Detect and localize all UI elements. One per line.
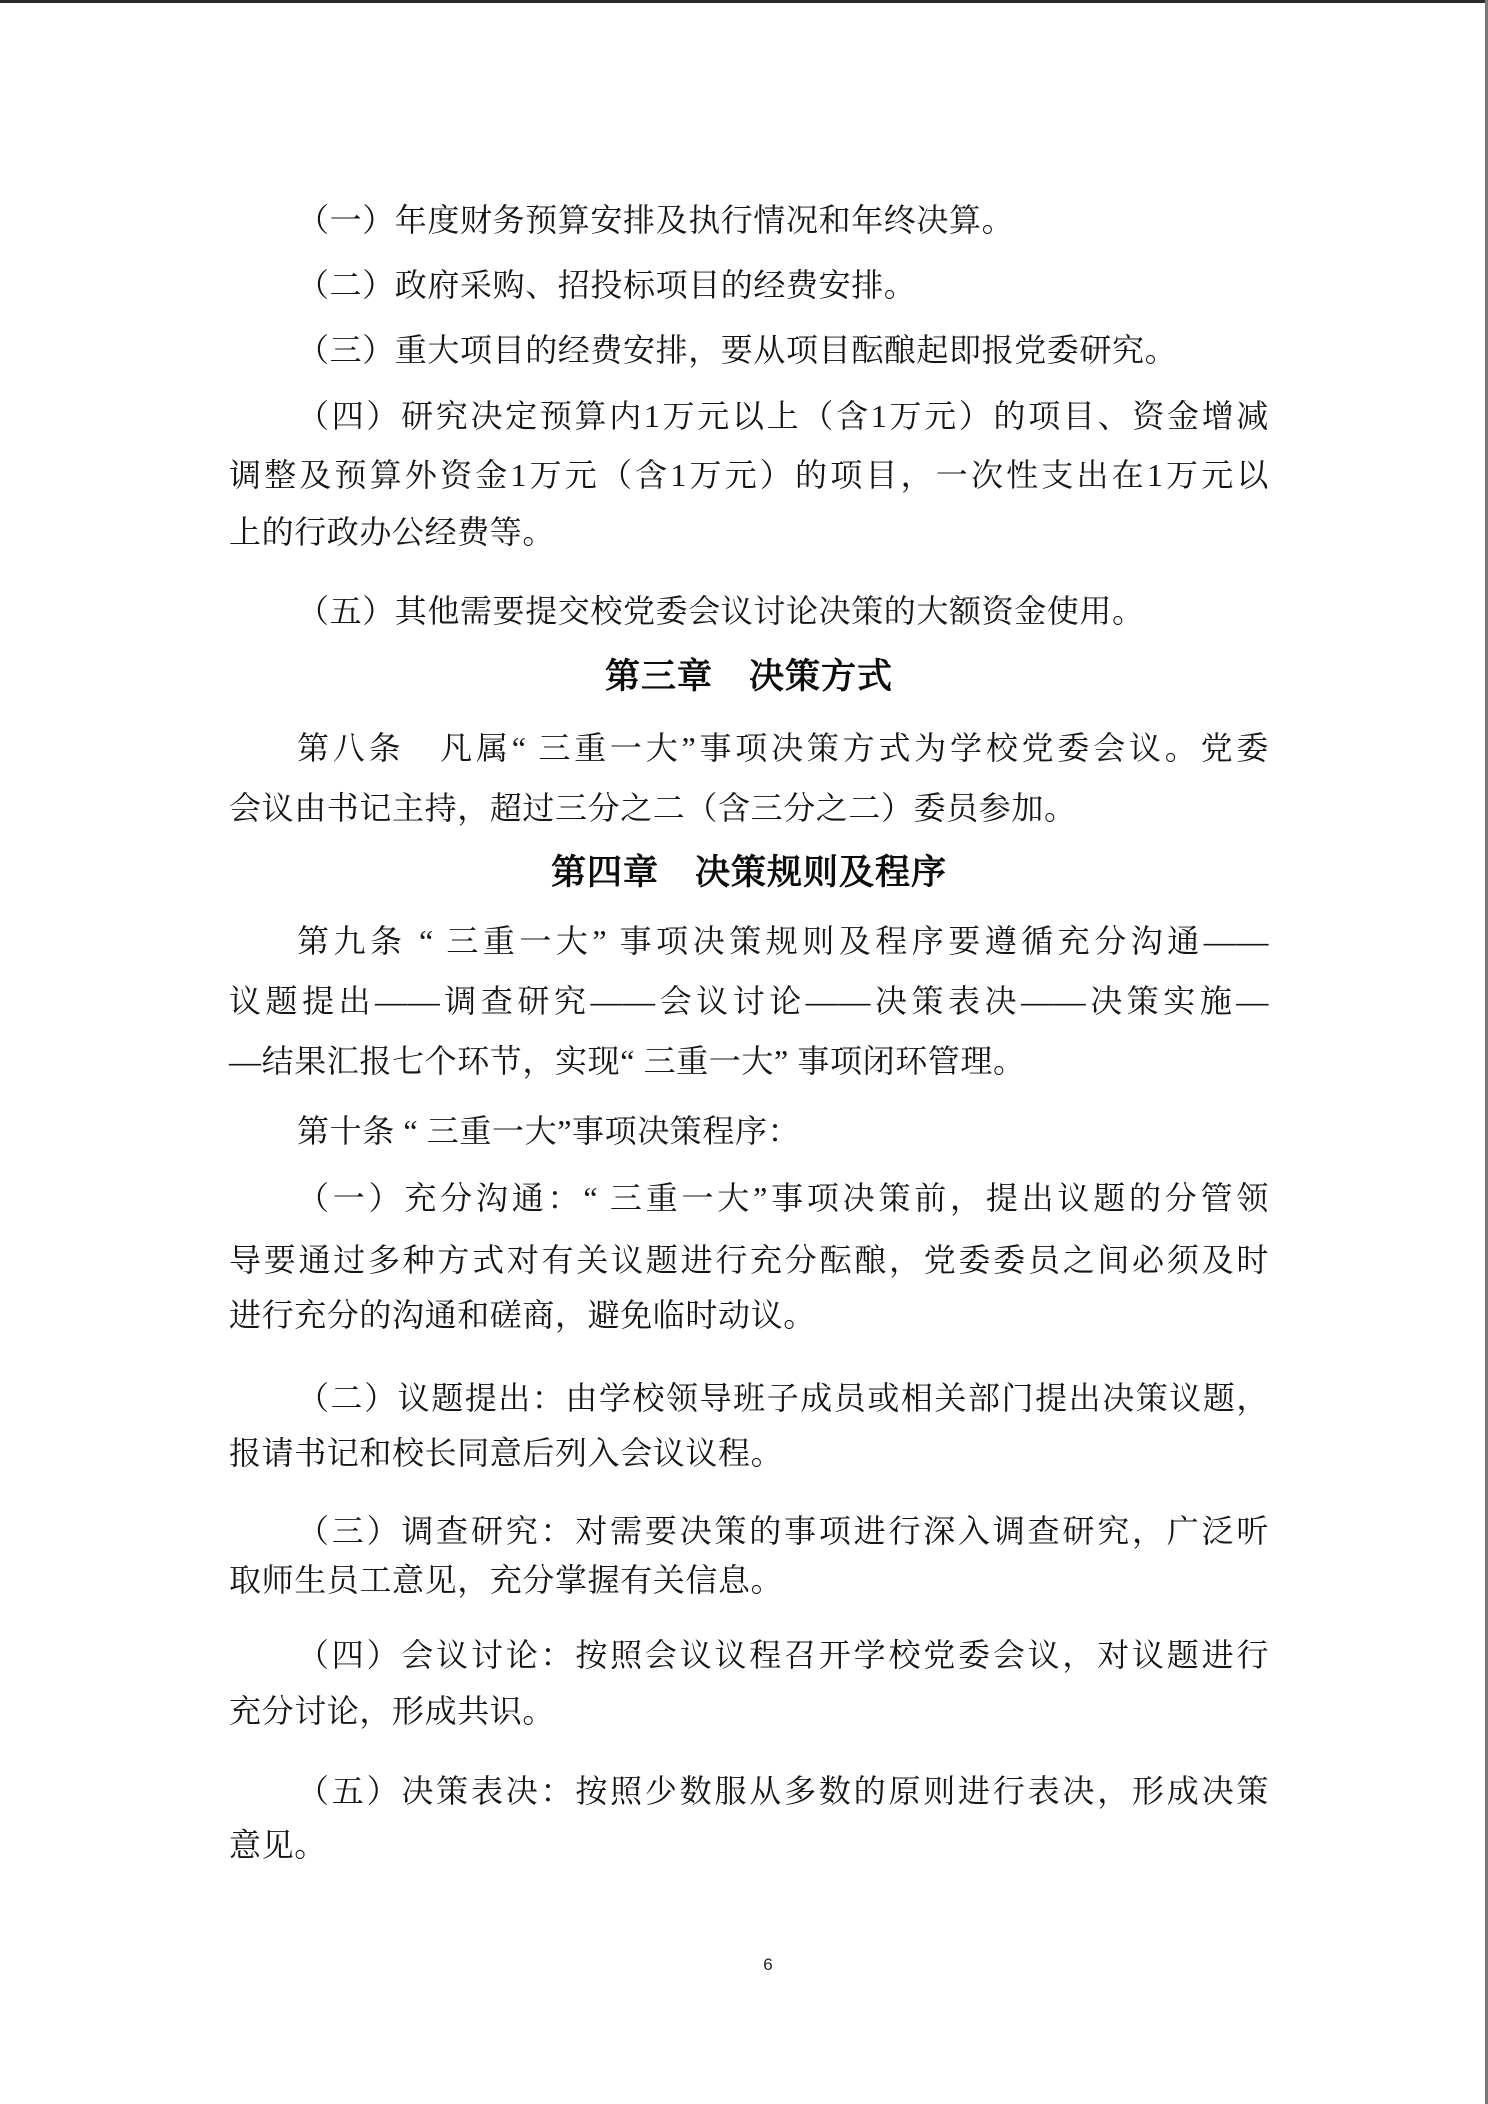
article-9-line-1: 第九条 “ 三重一大” 事项决策规则及程序要遵循充分沟通——	[297, 918, 1269, 964]
procedure-1-line-1: （一）充分沟通：“ 三重一大”事项决策前，提出议题的分管领	[297, 1175, 1269, 1221]
list-item-1: （一）年度财务预算安排及执行情况和年终决算。	[297, 197, 1269, 243]
list-item-2: （二）政府采购、招投标项目的经费安排。	[297, 262, 1269, 308]
procedure-3-line-2: 取师生员工意见，充分掌握有关信息。	[229, 1557, 1269, 1603]
article-9-line-2: 议题提出——调查研究——会议讨论——决策表决——决策实施—	[229, 978, 1269, 1024]
chapter-4-heading: 第四章 决策规则及程序	[229, 848, 1269, 898]
document-page: （一）年度财务预算安排及执行情况和年终决算。 （二）政府采购、招投标项目的经费安…	[0, 0, 1488, 2104]
page-number: 6	[744, 1953, 792, 1977]
list-item-5: （五）其他需要提交校党委会议讨论决策的大额资金使用。	[297, 588, 1269, 634]
article-8-line-2: 会议由书记主持，超过三分之二（含三分之二）委员参加。	[229, 785, 1269, 831]
procedure-1-line-2: 导要通过多种方式对有关议题进行充分酝酿，党委委员之间必须及时	[229, 1237, 1269, 1283]
procedure-1-line-3: 进行充分的沟通和磋商，避免临时动议。	[229, 1292, 1269, 1338]
procedure-2-line-2: 报请书记和校长同意后列入会议议程。	[229, 1430, 1269, 1476]
article-8-line-1: 第八条 凡属“ 三重一大”事项决策方式为学校党委会议。党委	[297, 725, 1269, 771]
procedure-3-line-1: （三）调查研究：对需要决策的事项进行深入调查研究，广泛听	[297, 1508, 1269, 1554]
procedure-5-line-2: 意见。	[229, 1822, 1269, 1868]
procedure-2-line-1: （二）议题提出：由学校领导班子成员或相关部门提出决策议题，	[297, 1375, 1269, 1421]
procedure-4-line-2: 充分讨论，形成共识。	[229, 1688, 1269, 1734]
list-item-4-line-2: 调整及预算外资金1万元（含1万元）的项目，一次性支出在1万元以	[229, 452, 1269, 498]
article-10-title: 第十条 “ 三重一大”事项决策程序：	[297, 1108, 1269, 1154]
list-item-3: （三）重大项目的经费安排，要从项目酝酿起即报党委研究。	[297, 327, 1269, 373]
chapter-3-heading: 第三章 决策方式	[229, 652, 1269, 702]
list-item-4-line-1: （四）研究决定预算内1万元以上（含1万元）的项目、资金增减	[297, 393, 1269, 439]
list-item-4-line-3: 上的行政办公经费等。	[229, 509, 1269, 555]
article-9-line-3: —结果汇报七个环节，实现“ 三重一大” 事项闭环管理。	[229, 1038, 1269, 1084]
procedure-4-line-1: （四）会议讨论：按照会议议程召开学校党委会议，对议题进行	[297, 1632, 1269, 1678]
procedure-5-line-1: （五）决策表决：按照少数服从多数的原则进行表决，形成决策	[297, 1768, 1269, 1814]
